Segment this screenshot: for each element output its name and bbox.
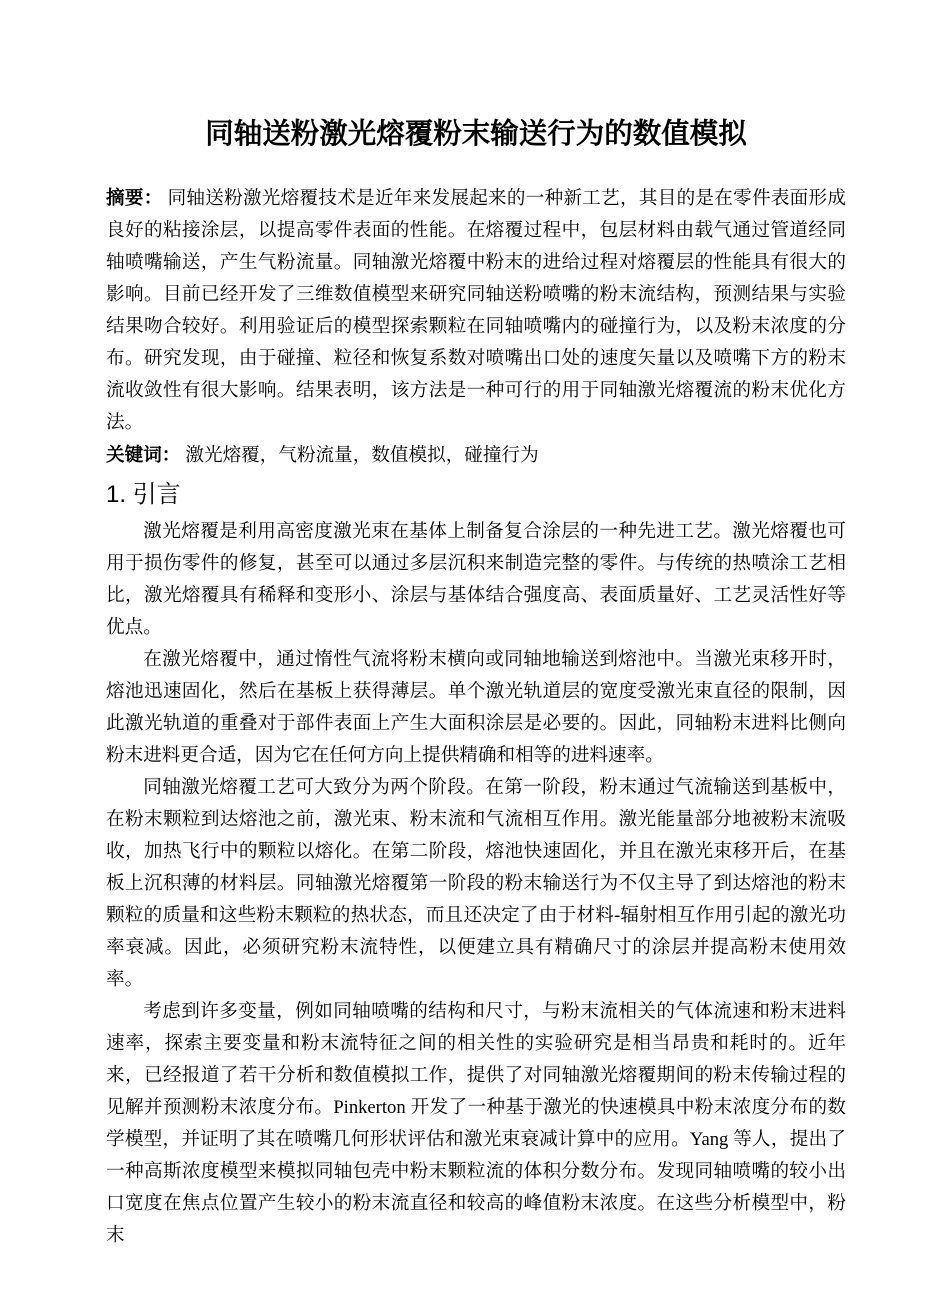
intro-paragraph-3: 同轴激光熔覆工艺可大致分为两个阶段。在第一阶段，粉末通过气流输送到基板中，在粉末…: [106, 772, 846, 996]
keywords-text: 激光熔覆，气粉流量，数值模拟，碰撞行为: [185, 445, 538, 466]
abstract-paragraph: 摘要：同轴送粉激光熔覆技术是近年来发展起来的一种新工艺，其目的是在零件表面形成良…: [106, 182, 846, 439]
keywords-label: 关键词：: [106, 444, 180, 465]
intro-paragraph-4: 考虑到许多变量，例如同轴喷嘴的结构和尺寸，与粉末流相关的气体流速和粉末进料速率，…: [106, 996, 846, 1252]
intro-paragraph-2: 在激光熔覆中，通过惰性气流将粉末横向或同轴地输送到熔池中。当激光束移开时，熔池迅…: [106, 644, 846, 772]
section-heading-introduction: 1. 引言: [106, 474, 846, 516]
abstract-label: 摘要：: [106, 187, 163, 208]
keywords-paragraph: 关键词：激光熔覆，气粉流量，数值模拟，碰撞行为: [106, 439, 846, 472]
document-page: 同轴送粉激光熔覆粉末输送行为的数值模拟 摘要：同轴送粉激光熔覆技术是近年来发展起…: [0, 0, 926, 1309]
document-content: 同轴送粉激光熔覆粉末输送行为的数值模拟 摘要：同轴送粉激光熔覆技术是近年来发展起…: [0, 0, 926, 1252]
intro-paragraph-1: 激光熔覆是利用高密度激光束在基体上制备复合涂层的一种先进工艺。激光熔覆也可用于损…: [106, 516, 846, 644]
abstract-text: 同轴送粉激光熔覆技术是近年来发展起来的一种新工艺，其目的是在零件表面形成良好的粘…: [106, 188, 846, 433]
document-title: 同轴送粉激光熔覆粉末输送行为的数值模拟: [106, 0, 846, 156]
